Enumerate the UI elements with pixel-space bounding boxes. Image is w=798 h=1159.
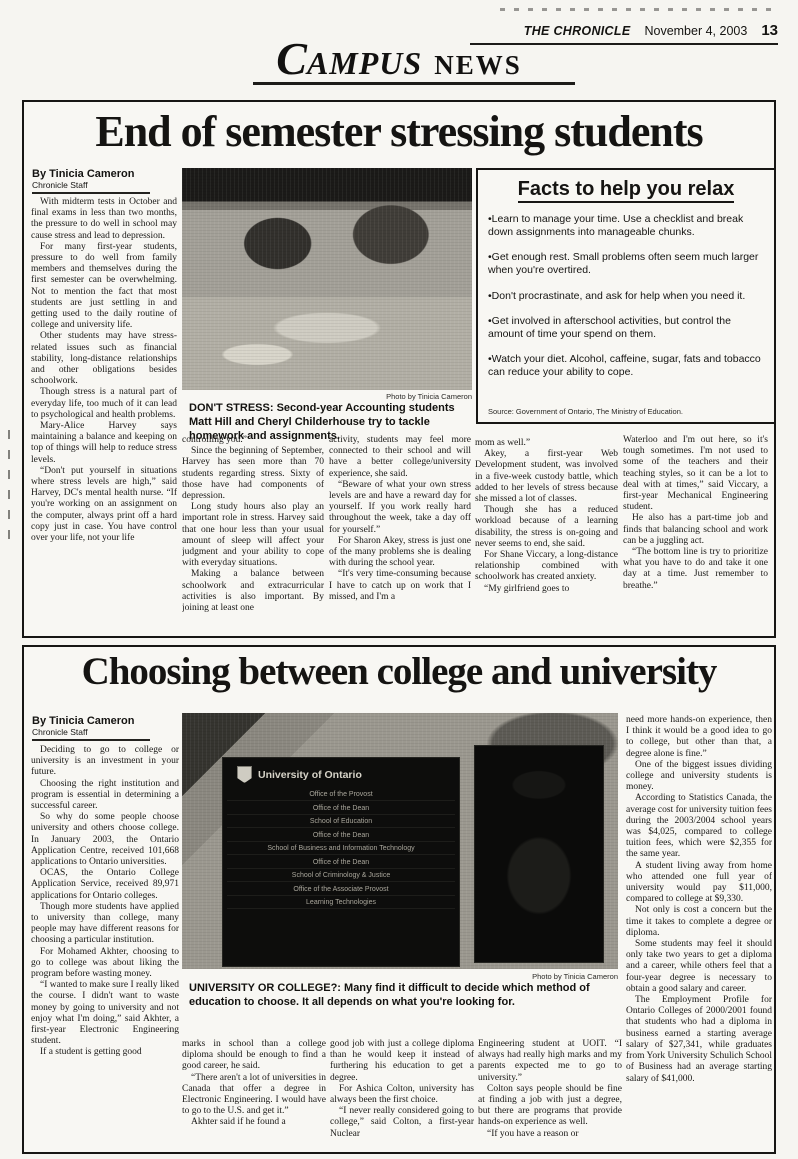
article2-column-3: good job with just a college diploma tha… — [330, 1039, 474, 1145]
facts-box-title-text: Facts to help you relax — [518, 178, 735, 203]
article2-photo-credit: Photo by Tinicia Cameron — [182, 972, 618, 981]
article1-column-1: With midterm tests in October and final … — [31, 197, 177, 627]
facts-box: Facts to help you relax •Learn to manage… — [476, 168, 776, 424]
article1-photo — [182, 168, 472, 390]
photo-grain — [182, 168, 472, 390]
article1-byline: By Tinicia Cameron Chronicle Staff — [32, 168, 150, 194]
article2-headline: Choosing between college and university — [24, 649, 774, 694]
article2-byline: By Tinicia Cameron Chronicle Staff — [32, 715, 150, 741]
facts-box-source: Source: Government of Ontario, The Minis… — [488, 407, 683, 416]
masthead-initial: C — [276, 33, 307, 84]
byline-role: Chronicle Staff — [32, 180, 150, 191]
uoit-shield-icon — [237, 766, 252, 783]
uoit-org-name: University of Ontario — [258, 769, 362, 781]
byline-rule — [32, 192, 150, 194]
byline-role: Chronicle Staff — [32, 727, 150, 738]
article1-column-5: Waterloo and I'm out here, so it's tough… — [623, 435, 768, 629]
article1-column-4: mom as well.”Akey, a first-year Web Deve… — [475, 438, 618, 629]
article-stress: End of semester stressing students By Ti… — [22, 100, 776, 638]
article2-column-1: Deciding to go to college or university … — [31, 745, 179, 1145]
uoit-directory-sign: University of Ontario Office of the Prov… — [222, 757, 460, 967]
uoit-sign-lines: Office of the ProvostOffice of the DeanS… — [227, 791, 455, 909]
article1-photo-credit: Photo by Tinicia Cameron — [182, 392, 472, 401]
byline-author: By Tinicia Cameron — [32, 715, 150, 727]
second-directory-sign — [474, 745, 604, 963]
section-masthead: CAMPUSNEWS — [0, 36, 798, 82]
masthead-news: NEWS — [434, 50, 522, 80]
byline-author: By Tinicia Cameron — [32, 168, 150, 180]
article2-column-2: marks in school than a college diploma s… — [182, 1039, 326, 1145]
uoit-logo-row: University of Ontario — [237, 766, 455, 783]
scan-margin-marks — [8, 430, 10, 540]
article1-column-3: activity, students may feel more connect… — [329, 435, 471, 629]
facts-box-list: •Learn to manage your time. Use a checkl… — [478, 203, 774, 379]
facts-box-title: Facts to help you relax — [478, 178, 774, 201]
byline-rule — [32, 739, 150, 741]
article1-column-2: controlling you.”Since the beginning of … — [182, 435, 324, 629]
masthead-rule — [253, 82, 575, 85]
article2-column-4: Engineering student at UOIT. “I always h… — [478, 1039, 622, 1145]
article-college-university: Choosing between college and university … — [22, 645, 776, 1154]
article2-photo: University of Ontario Office of the Prov… — [182, 713, 618, 969]
masthead-campus: AMPUS — [307, 45, 422, 81]
article2-column-5: need more hands-on experience, then I th… — [626, 715, 772, 1145]
article1-headline: End of semester stressing students — [24, 106, 774, 157]
article2-caption: UNIVERSITY OR COLLEGE?: Many find it dif… — [189, 982, 617, 1010]
scan-noise — [500, 8, 780, 11]
newspaper-page: { "page_header": { "paper_name": "THE CH… — [0, 0, 798, 1159]
